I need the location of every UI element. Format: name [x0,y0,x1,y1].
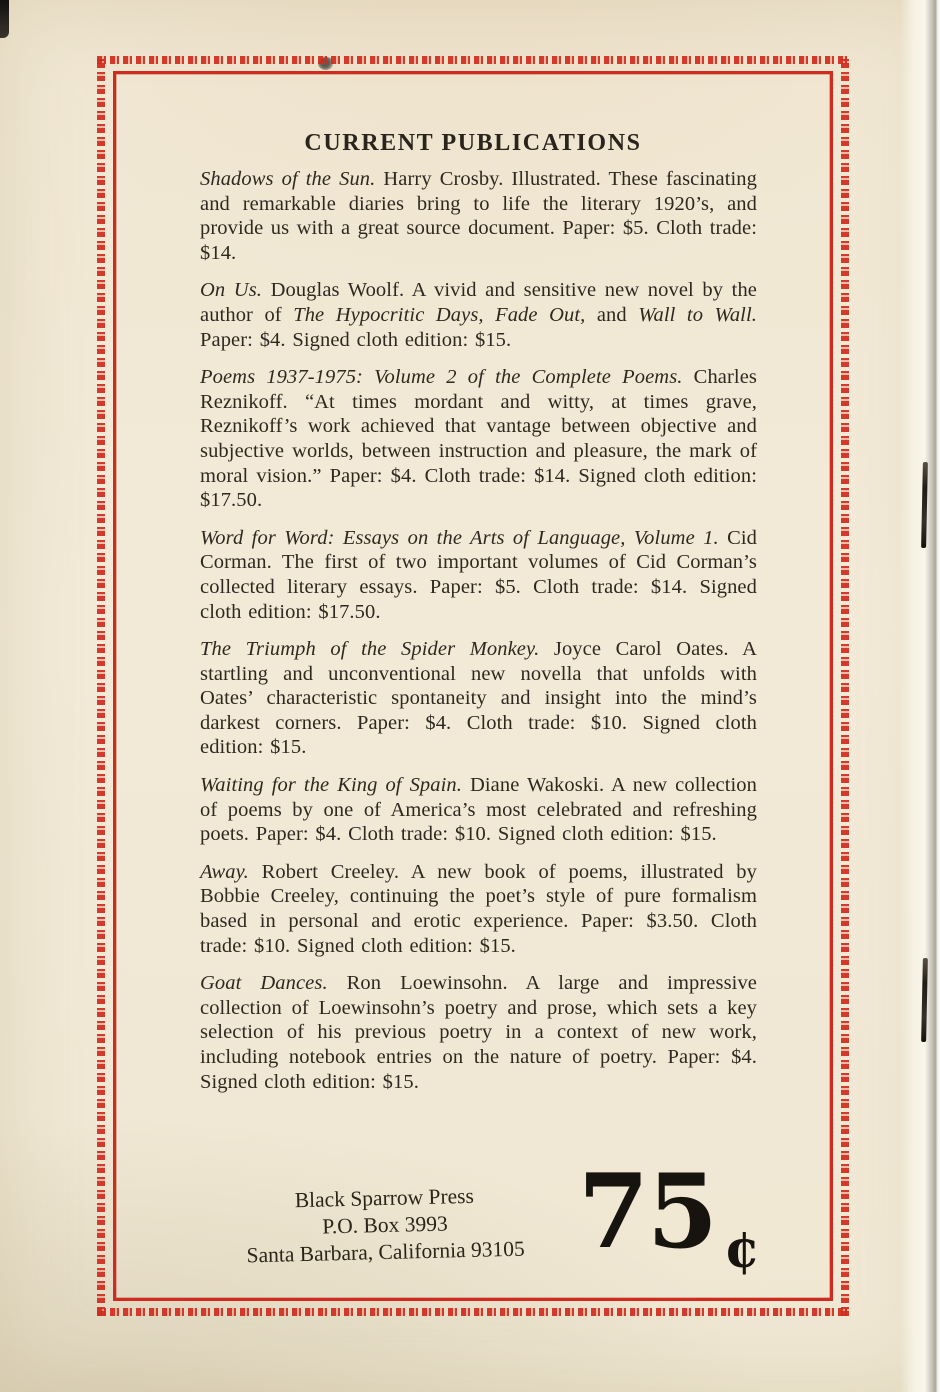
publication-title: Goat Dances. [200,972,328,994]
publication-title: Word for Word: Essays on the Arts of Lan… [200,527,719,549]
publication-paragraph: Goat Dances. Ron Loewinsohn. A large and… [200,971,757,1094]
publication-paragraph: The Triumph of the Spider Monkey. Joyce … [200,637,757,760]
cover-price: 75¢ [578,1152,808,1280]
ornament-border-top [97,56,849,64]
publication-title: The Hypocritic Days, Fade Out, [293,304,585,326]
publication-title: Waiting for the King of Spain. [200,774,462,796]
publication-description: Robert Creeley. A new book of poems, ill… [200,861,757,957]
publication-title: Poems 1937-1975: Volume 2 of the Complet… [200,366,683,388]
publication-paragraph: Word for Word: Essays on the Arts of Lan… [200,526,757,624]
ornament-border-bottom [97,1308,849,1316]
publication-title: The Triumph of the Spider Monkey. [200,638,539,660]
publication-description: and [585,304,638,326]
publication-paragraph: Poems 1937-1975: Volume 2 of the Complet… [200,365,757,513]
publication-title: Wall to Wall. [638,304,757,326]
scan-corner-artifact [0,0,9,38]
ornament-border-left [97,56,105,1316]
publication-paragraph: Shadows of the Sun. Harry Crosby. Illust… [200,167,757,265]
publication-title: Away. [200,861,249,883]
scanned-back-cover: CURRENT PUBLICATIONS Shadows of the Sun.… [0,0,940,1392]
booklet-page-edge [900,0,940,1392]
publication-description: Paper: $4. Signed cloth edition: $15. [200,329,511,351]
page-title: CURRENT PUBLICATIONS [116,130,830,157]
publication-title: Shadows of the Sun. [200,168,375,190]
publication-paragraph: Waiting for the King of Spain. Diane Wak… [200,773,757,847]
price-number: 75 [578,1152,716,1272]
ornament-border-right [841,56,849,1316]
publisher-address: Black Sparrow Press P.O. Box 3993 Santa … [149,1179,621,1271]
publication-title: On Us. [200,279,262,301]
publication-paragraph: Away. Robert Creeley. A new book of poem… [200,860,757,958]
cent-sign: ¢ [724,1219,760,1280]
publication-paragraph: On Us. Douglas Woolf. A vivid and sensit… [200,278,757,352]
cover-content: CURRENT PUBLICATIONS Shadows of the Sun.… [116,74,830,1292]
publications-list: Shadows of the Sun. Harry Crosby. Illust… [200,167,757,1094]
